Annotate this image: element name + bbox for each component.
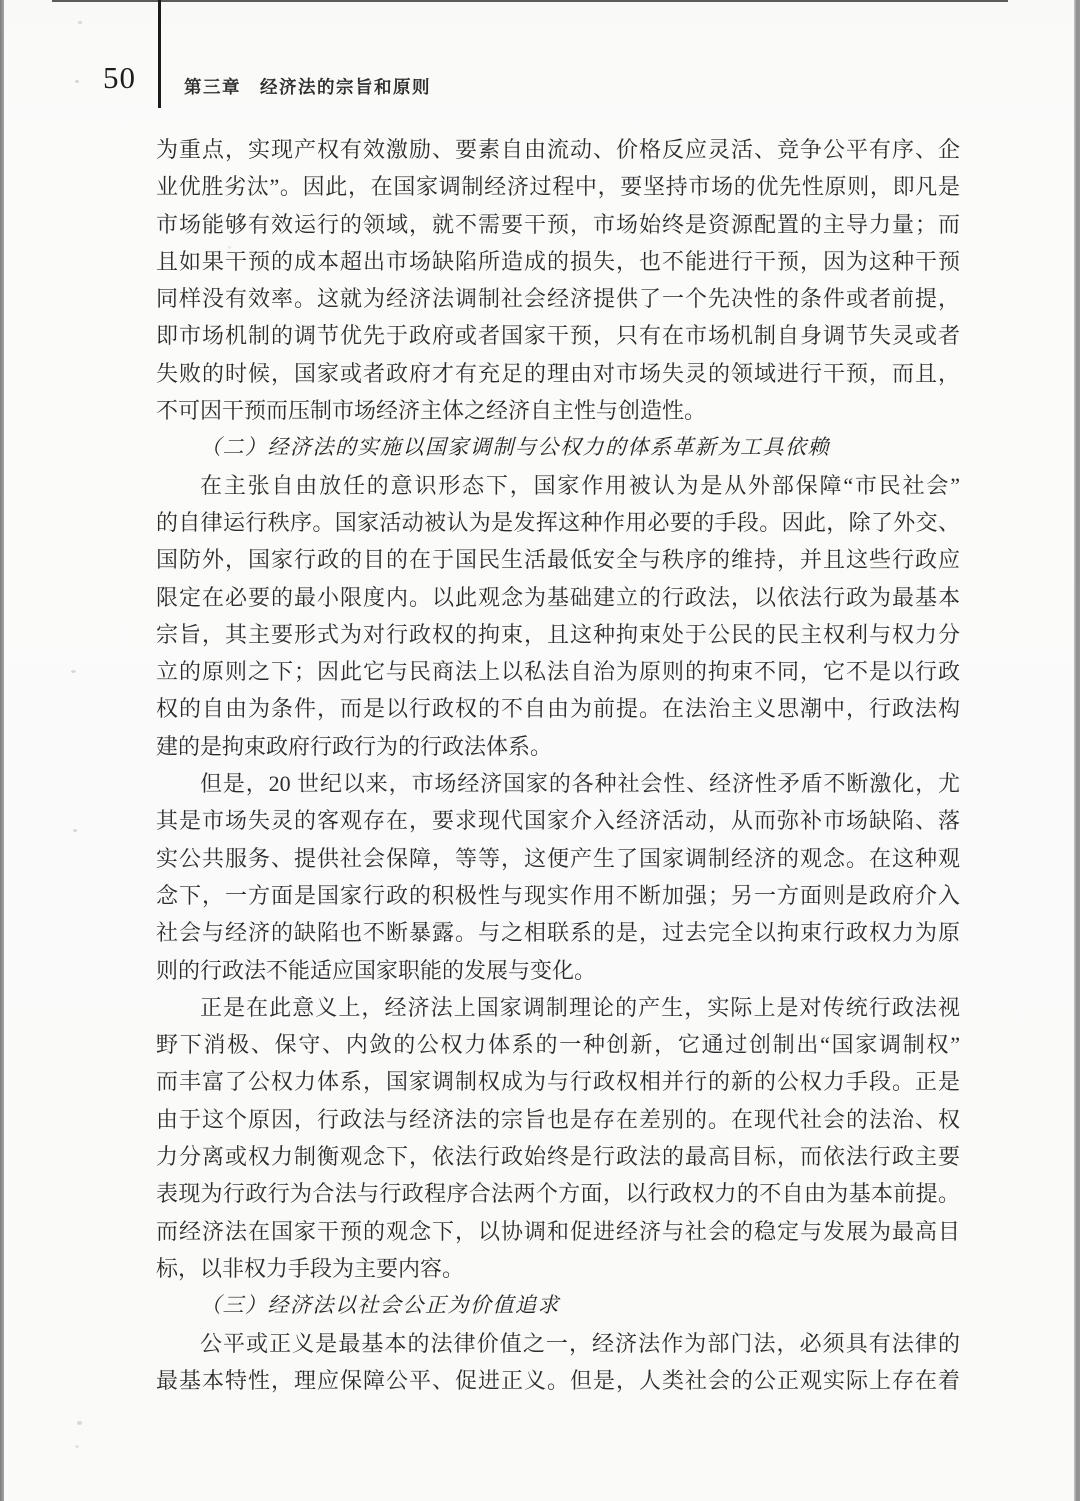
text-line: 社会与经济的缺陷也不断暴露。与之相联系的是，过去完全以拘束行政权力为原 [156,914,960,951]
scan-speck [73,829,77,832]
text-line: 权的自由为条件，而是以行政权的不自由为前提。在法治主义思潮中，行政法构 [156,690,960,727]
text-line: 野下消极、保守、内敛的公权力体系的一种创新，它通过创制出“国家调制权” [156,1026,960,1063]
page-body: 为重点，实现产权有效激励、要素自由流动、价格反应灵活、竞争公平有序、企 业优胜劣… [156,131,960,1399]
text-line: 由于这个原因，行政法与经济法的宗旨也是存在差别的。在现代社会的法治、权 [156,1101,960,1138]
book-page: 50 第三章 经济法的宗旨和原则 为重点，实现产权有效激励、要素自由流动、价格反… [0,0,1080,1501]
chapter-title: 第三章 经济法的宗旨和原则 [184,74,431,99]
text-line: 而丰富了公权力体系，国家调制权成为与行政权相并行的新的公权力手段。正是 [156,1063,960,1100]
text-line: 的自律运行秩序。国家活动被认为是发挥这种作用必要的手段。因此，除了外交、 [156,504,960,541]
text-line: 不可因干预而压制市场经济主体之经济自主性与创造性。 [156,392,960,429]
scan-speck [77,1421,82,1425]
text-line: 失败的时候，国家或者政府才有充足的理由对市场失灵的领域进行干预，而且， [156,355,960,392]
text-line: 市场能够有效运行的领域，就不需要干预，市场始终是资源配置的主导力量；而 [156,206,960,243]
text-line: 在主张自由放任的意识形态下，国家作用被认为是从外部保障“市民社会” [156,467,960,504]
scan-edge-top [52,0,1008,2]
text-line: 建的是拘束政府行政行为的行政法体系。 [156,728,960,765]
subsection-heading: （二）经济法的实施以国家调制与公权力的体系革新为工具依赖 [156,429,960,466]
text-line: 立的原则之下；因此它与民商法上以私法自治为原则的拘束不同，它不是以行政 [156,653,960,690]
text-line: 同样没有效率。这就为经济法调制社会经济提供了一个先决性的条件或者前提， [156,280,960,317]
text-line: 标，以非权力手段为主要内容。 [156,1250,960,1287]
page-number: 50 [103,60,136,96]
text-line: 为重点，实现产权有效激励、要素自由流动、价格反应灵活、竞争公平有序、企 [156,131,960,168]
scan-speck [75,80,79,83]
scan-edge-left [0,0,4,1501]
text-line: 国防外，国家行政的目的在于国民生活最低安全与秩序的维持，并且这些行政应 [156,541,960,578]
text-line: 力分离或权力制衡观念下，依法行政始终是行政法的最高目标，而依法行政主要 [156,1138,960,1175]
scan-edge-right [1074,0,1080,1501]
text-line: 宗旨，其主要形式为对行政权的拘束，且这种拘束处于公民的民主权利与权力分 [156,616,960,653]
text-line: 最基本特性，理应保障公平、促进正义。但是，人类社会的公正观实际上存在着 [156,1362,960,1399]
text-line: 业优胜劣汰”。因此，在国家调制经济过程中，要坚持市场的优先性原则，即凡是 [156,168,960,205]
subsection-heading: （三）经济法以社会公正为价值追求 [156,1287,960,1324]
text-line: 则的行政法不能适应国家职能的发展与变化。 [156,952,960,989]
text-line: 而经济法在国家干预的观念下，以协调和促进经济与社会的稳定与发展为最高目 [156,1213,960,1250]
scan-speck [75,1445,79,1448]
scan-speck [78,21,82,24]
header-divider-rule [158,0,161,108]
text-line: 念下，一方面是国家行政的积极性与现实作用不断加强；另一方面则是政府介入 [156,877,960,914]
text-line: 且如果干预的成本超出市场缺陷所造成的损失，也不能进行干预，因为这种干预 [156,243,960,280]
text-line: 但是，20 世纪以来，市场经济国家的各种社会性、经济性矛盾不断激化，尤 [156,765,960,802]
text-line: 限定在必要的最小限度内。以此观念为基础建立的行政法，以依法行政为最基本 [156,579,960,616]
text-line: 表现为行政行为合法与行政程序合法两个方面，以行政权力的不自由为基本前提。 [156,1175,960,1212]
scan-speck [71,670,76,673]
text-line: 其是市场失灵的客观存在，要求现代国家介入经济活动，从而弥补市场缺陷、落 [156,802,960,839]
text-line: 公平或正义是最基本的法律价值之一，经济法作为部门法，必须具有法律的 [156,1325,960,1362]
text-line: 正是在此意义上，经济法上国家调制理论的产生，实际上是对传统行政法视 [156,989,960,1026]
text-line: 即市场机制的调节优先于政府或者国家干预，只有在市场机制自身调节失灵或者 [156,317,960,354]
text-line: 实公共服务、提供社会保障，等等，这便产生了国家调制经济的观念。在这种观 [156,840,960,877]
